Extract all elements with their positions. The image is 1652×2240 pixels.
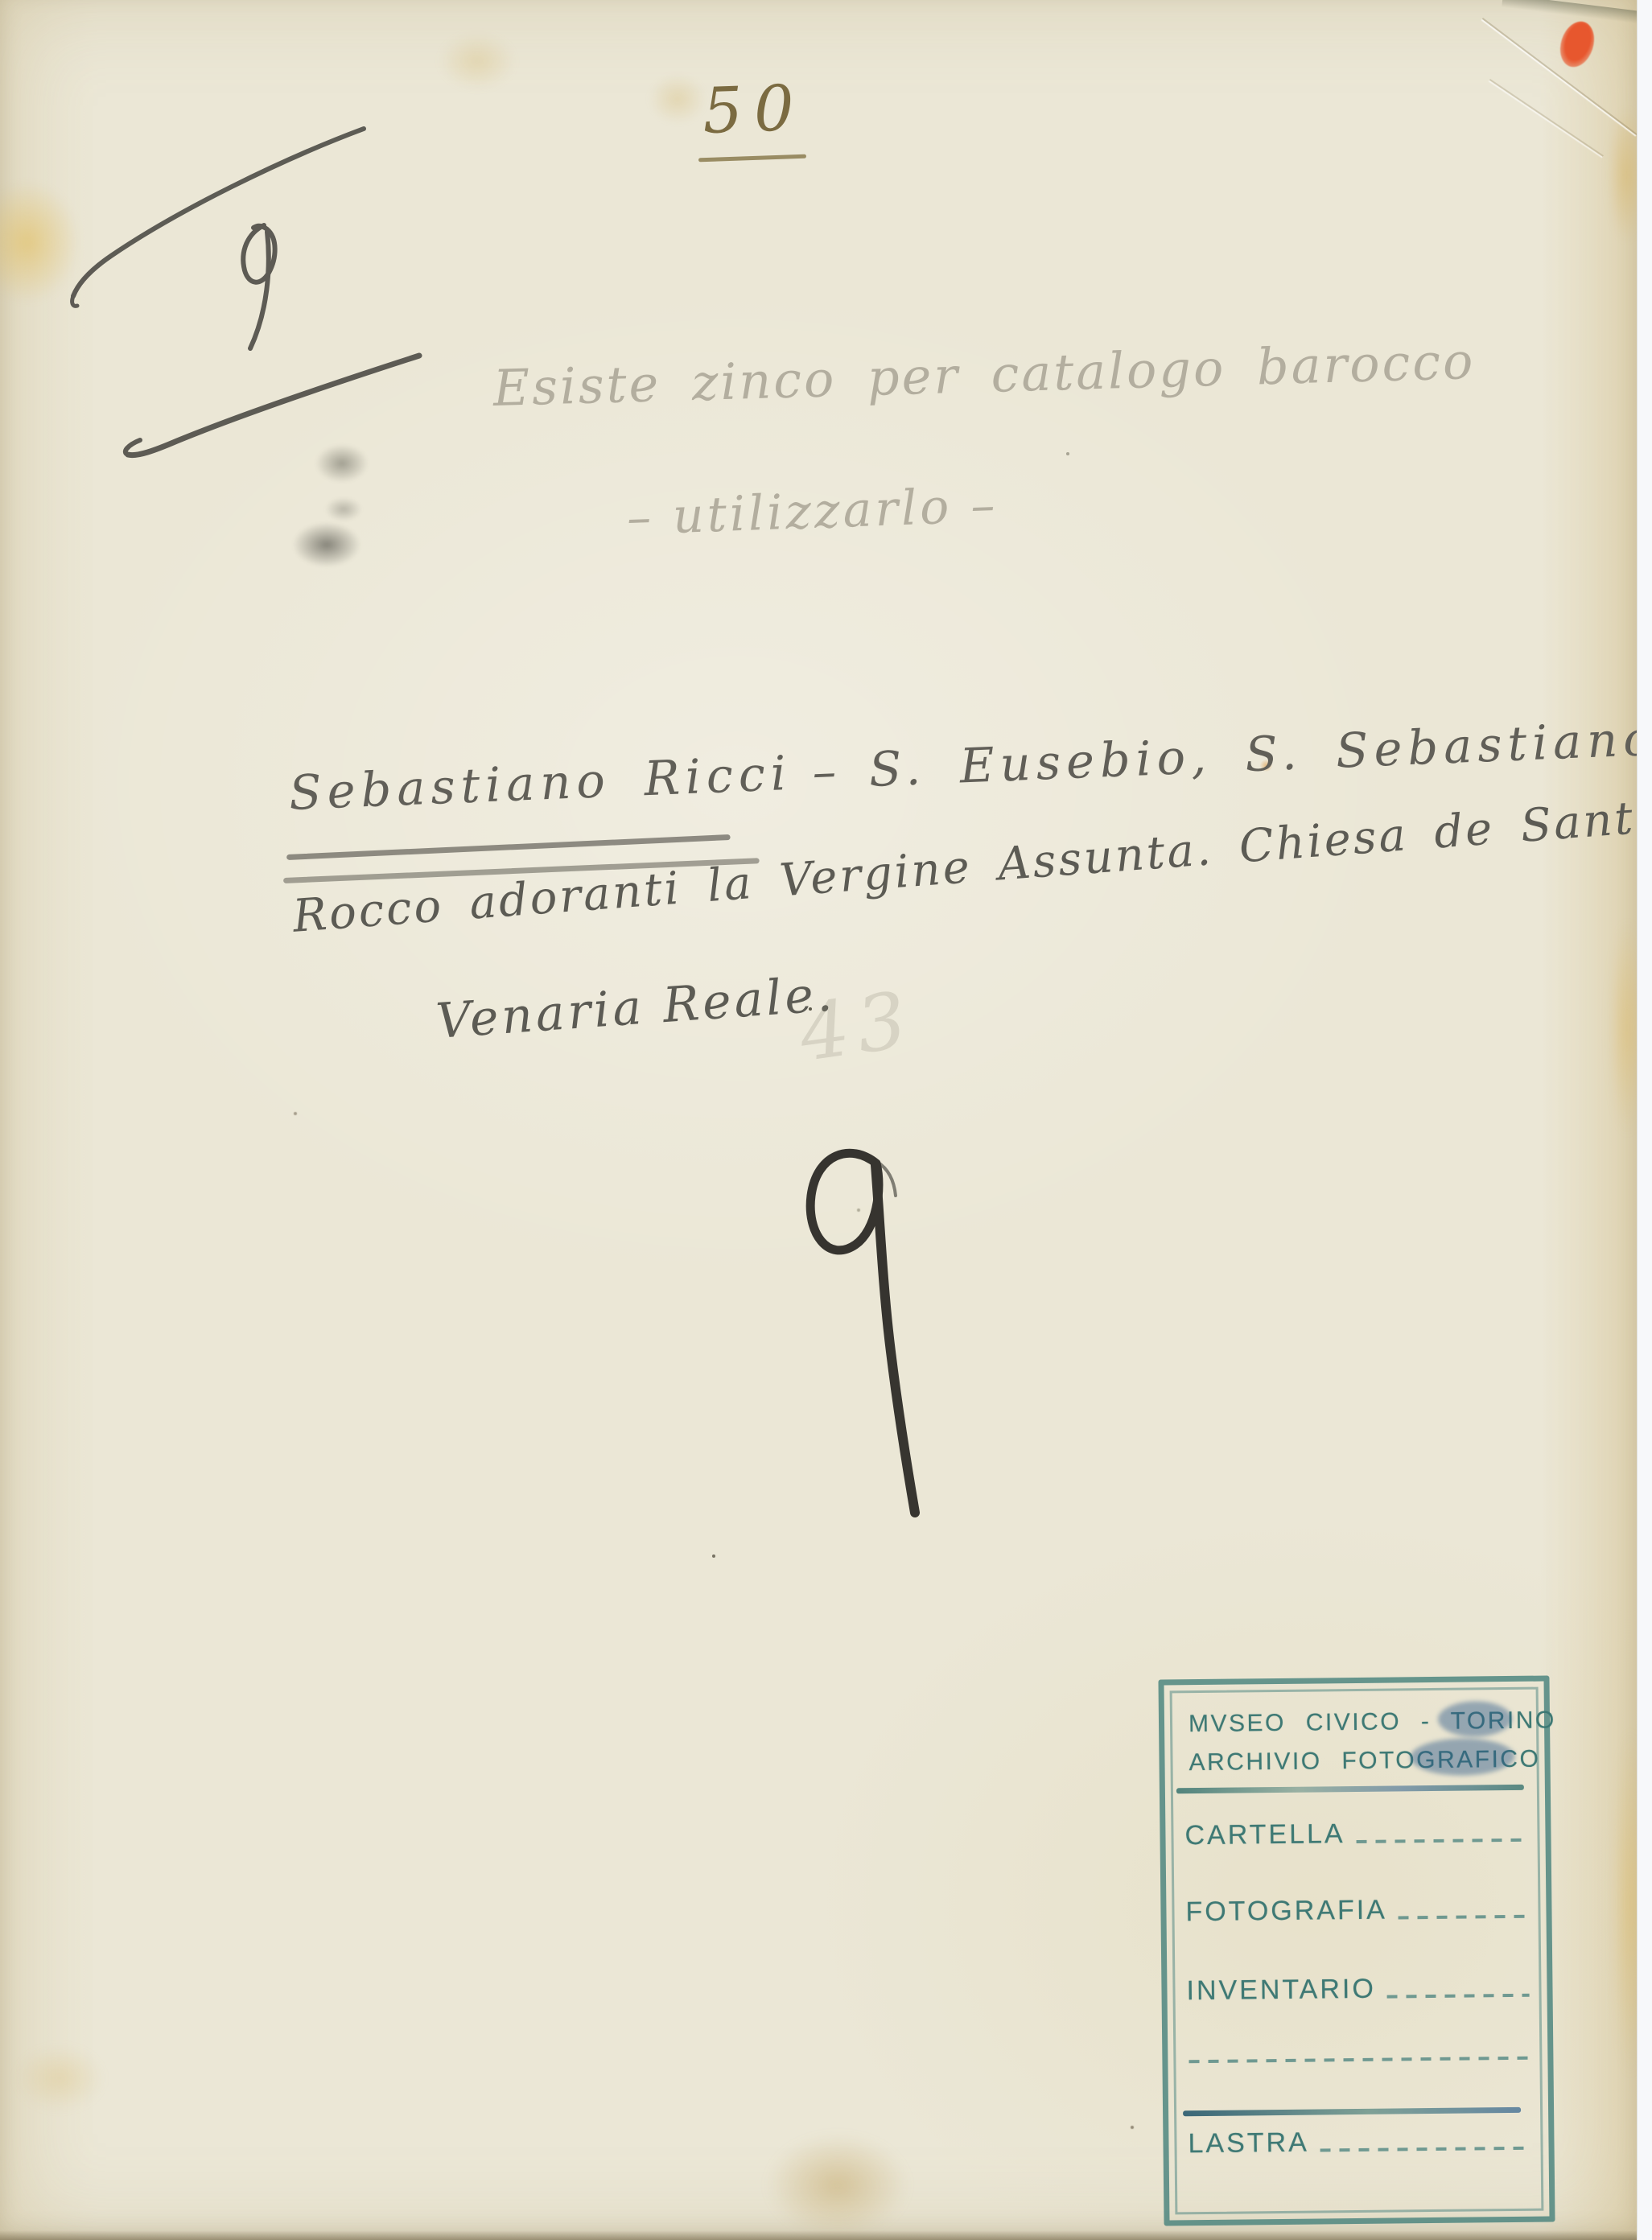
museum-archive-stamp: MVSEO CIVICO - TORINO ARCHIVIO FOTOGRAFI…	[1158, 1675, 1555, 2226]
caption-artist: Sebastiano Ricci	[288, 745, 793, 821]
dotted-fill-line	[1399, 1915, 1529, 1920]
red-crayon-mark	[1555, 17, 1600, 72]
stamp-field-label: CARTELLA	[1184, 1818, 1345, 1851]
pencil-note-line2: – utilizzarlo –	[626, 481, 999, 542]
corner-crease-line	[1482, 18, 1638, 135]
stamp-lower-divider	[1183, 2107, 1521, 2116]
dotted-fill-line	[1189, 2057, 1530, 2063]
scanner-background-strip	[1637, 0, 1652, 2240]
dotted-fill-line	[1387, 1994, 1530, 1999]
stamp-field-label: LASTRA	[1188, 2127, 1309, 2160]
dotted-fill-line	[1320, 2147, 1531, 2152]
plate-number-mark	[793, 1141, 929, 1535]
stain-top-center	[439, 32, 516, 90]
stain-bottom-center	[766, 2134, 909, 2237]
stamp-field-fotografia: FOTOGRAFIA	[1185, 1893, 1528, 1928]
caption-line3: Venaria Reale.	[435, 970, 837, 1046]
erased-ghost-number: 43	[795, 980, 919, 1073]
stain-near-page-number	[649, 74, 707, 124]
card-bottom-edge-shadow	[0, 2230, 1638, 2240]
stamp-field-cartella: CARTELLA	[1184, 1817, 1527, 1851]
stain-bottom-left	[14, 2045, 105, 2111]
pencil-note-line1: Esiste zinco per catalogo barocco	[492, 336, 1476, 414]
page-number: 50	[702, 77, 806, 143]
caption-separator: –	[811, 743, 842, 799]
stamp-field-label: INVENTARIO	[1186, 1974, 1376, 2007]
stamp-field-blank	[1187, 2057, 1530, 2069]
stamp-header-divider	[1176, 1785, 1524, 1794]
corner-crease-line	[1489, 79, 1604, 157]
stamp-field-lastra: LASTRA	[1188, 2125, 1530, 2160]
photo-card-verso: 50 Esiste zinco per catalogo barocco – u…	[0, 0, 1638, 2240]
stamp-field-inventario: INVENTARIO	[1186, 1972, 1529, 2007]
artist-underline-1	[286, 834, 731, 860]
stamp-field-label: FOTOGRAFIA	[1185, 1895, 1387, 1929]
page-number-underline	[698, 154, 806, 163]
caption-line1: Sebastiano Ricci–S. Eusebio, S. Sebastia…	[288, 708, 1652, 817]
corner-pencil-mark	[48, 113, 451, 595]
dotted-fill-line	[1357, 1839, 1528, 1843]
stamp-inner-border: MVSEO CIVICO - TORINO ARCHIVIO FOTOGRAFI…	[1170, 1687, 1544, 2215]
caption-line1-rest: S. Eusebio, S. Sebastiano e S.	[868, 704, 1652, 797]
